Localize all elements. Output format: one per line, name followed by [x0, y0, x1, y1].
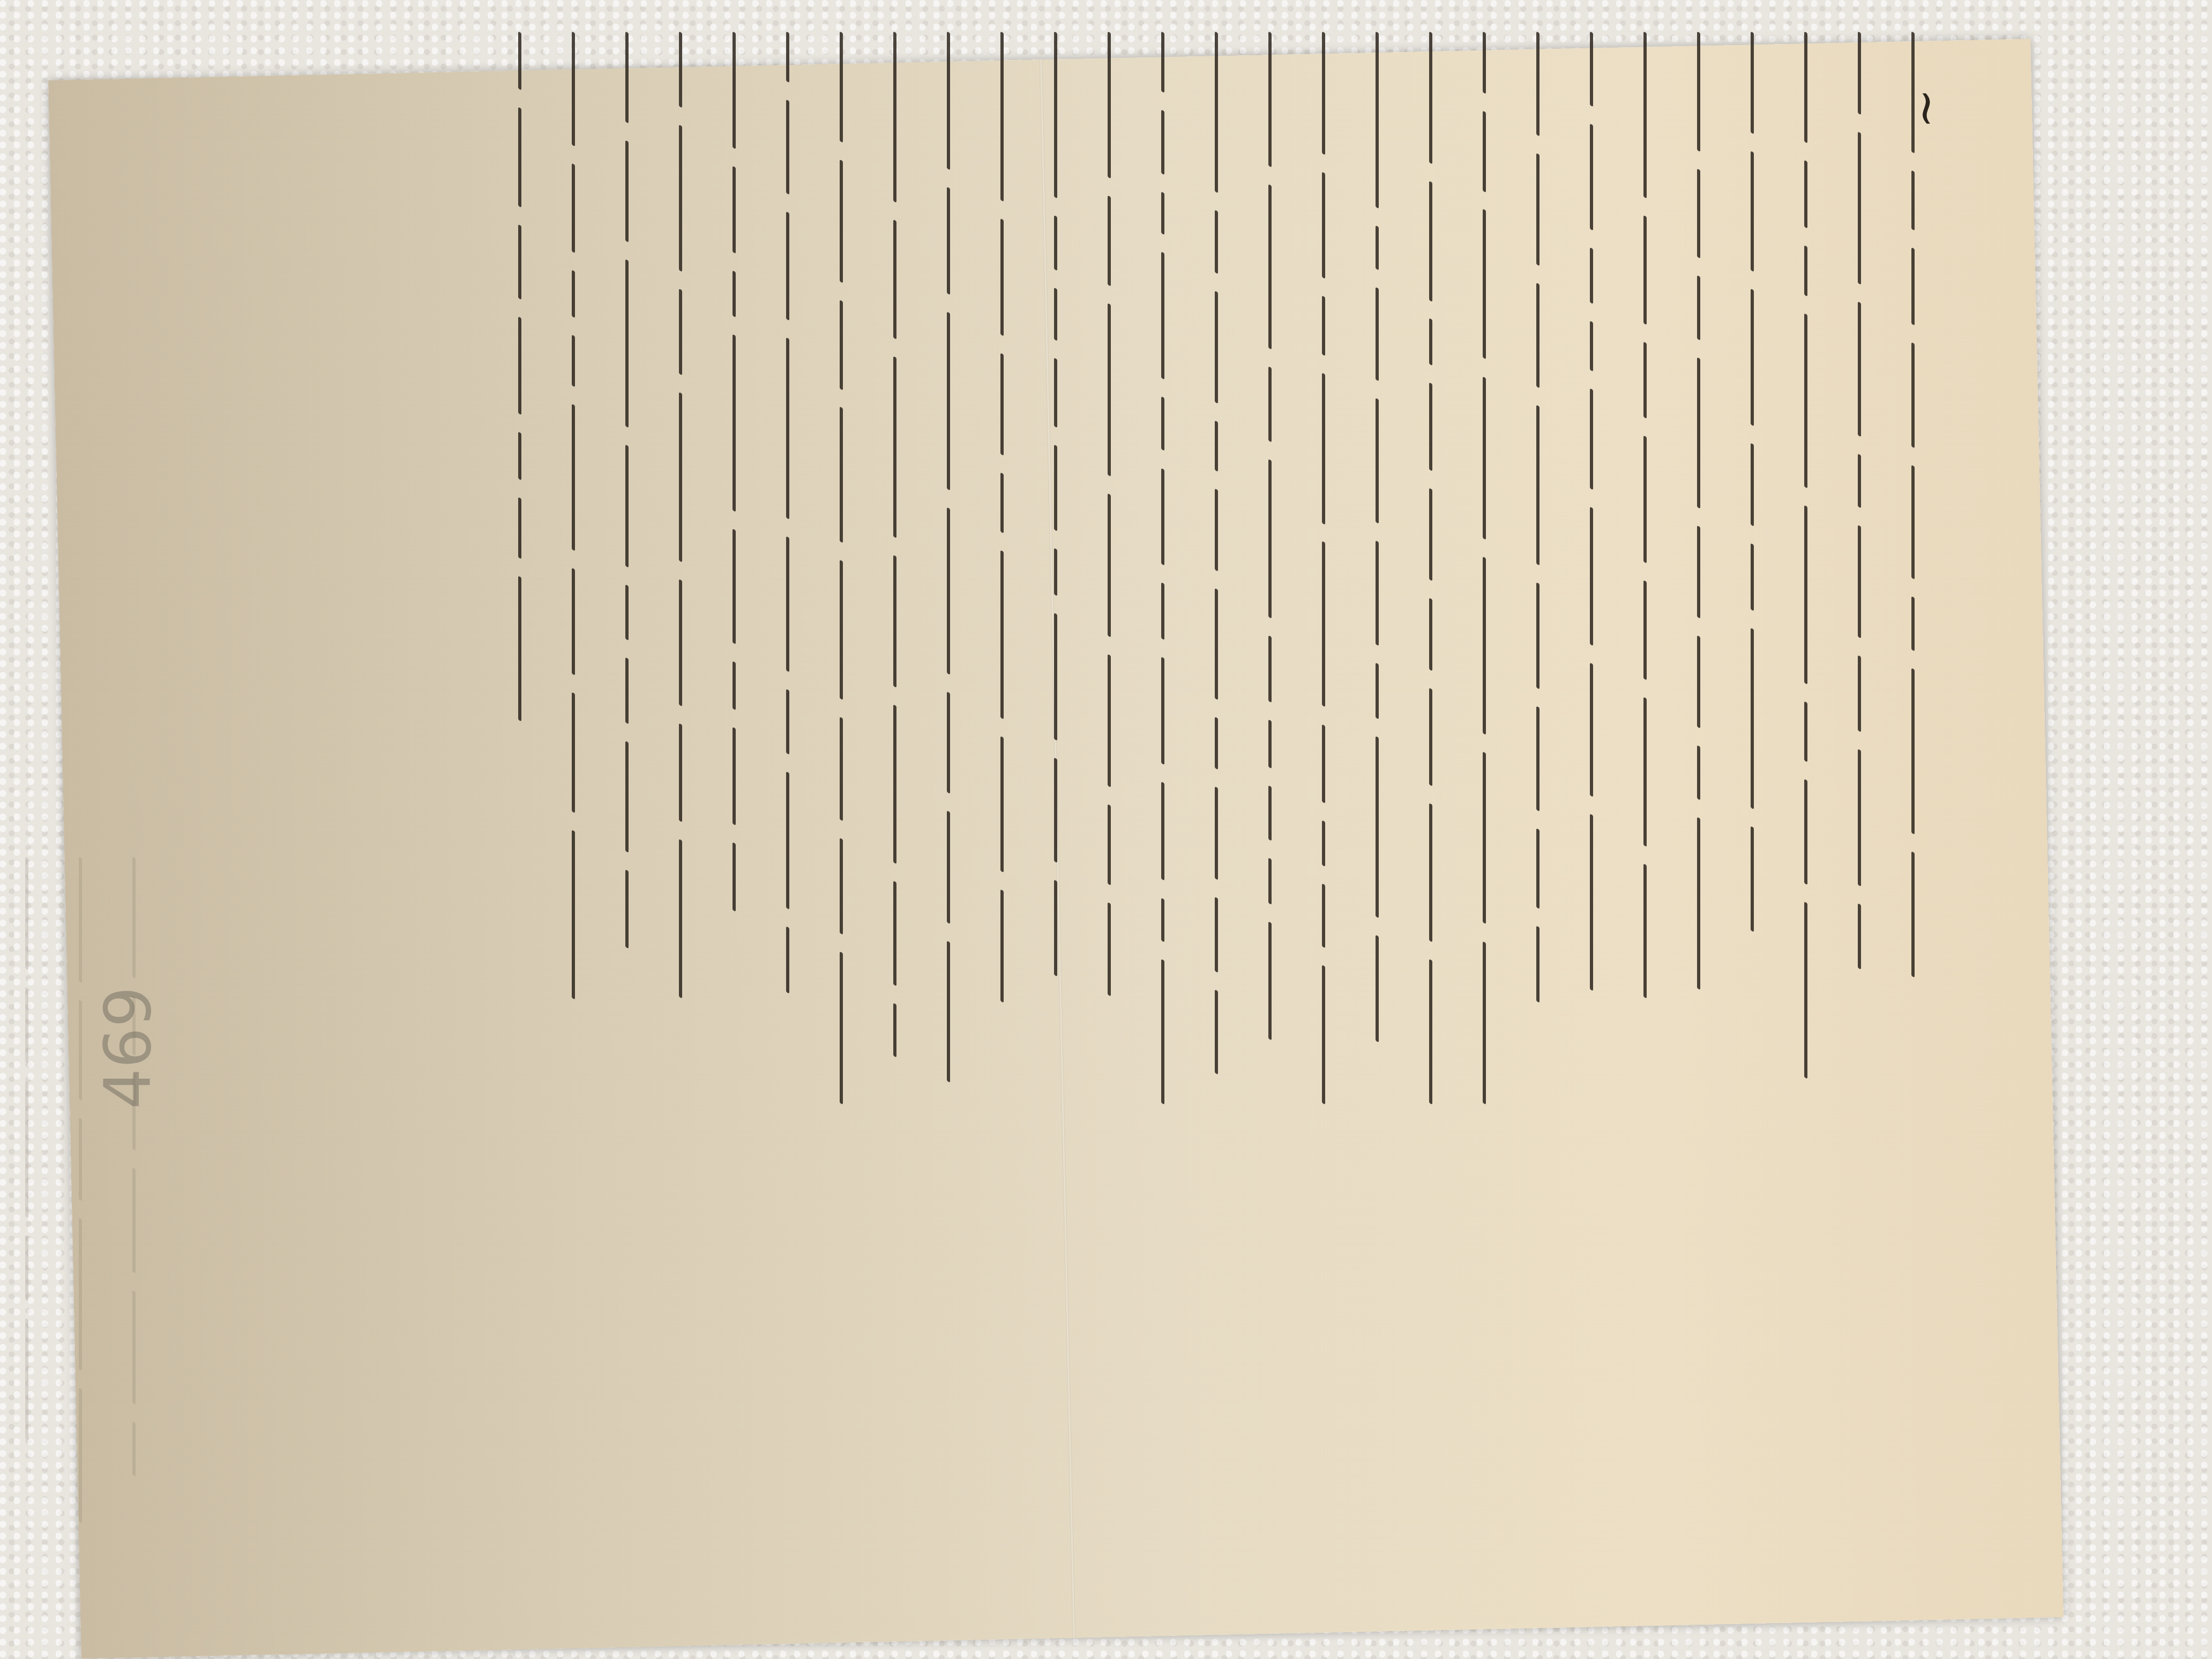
handwritten-word	[132, 996, 136, 1056]
handwritten-line	[1511, 32, 1565, 1104]
handwritten-word	[1643, 342, 1647, 419]
handwritten-word	[1590, 32, 1593, 107]
handwritten-line	[1243, 32, 1297, 1104]
handwritten-word	[1000, 473, 1004, 534]
handwritten-word	[1643, 580, 1647, 681]
handwritten-word	[1483, 32, 1486, 94]
handwritten-word	[1483, 110, 1486, 192]
handwritten-word	[1161, 252, 1164, 380]
handwritten-word	[1429, 181, 1432, 302]
handwritten-word	[1643, 436, 1647, 564]
handwritten-word	[1376, 541, 1379, 646]
handwritten-line	[1779, 32, 1833, 1104]
handwritten-word	[518, 32, 521, 91]
handwritten-word	[1215, 32, 1218, 193]
handwritten-word	[132, 1422, 136, 1477]
handwritten-line	[922, 32, 975, 1104]
handwritten-word	[1911, 851, 1915, 978]
handwritten-line	[707, 32, 761, 1104]
handwritten-word	[518, 317, 521, 415]
handwritten-word	[1268, 858, 1272, 905]
handwritten-word	[625, 741, 629, 853]
handwritten-word	[1536, 405, 1540, 566]
handwritten-line	[1350, 32, 1404, 1104]
handwritten-word	[679, 392, 682, 563]
handwritten-word	[1911, 248, 1915, 326]
handwritten-word	[1429, 597, 1432, 671]
handwritten-word	[572, 692, 575, 813]
handwritten-word	[625, 445, 629, 568]
handwritten-word	[625, 32, 629, 124]
handwritten-word	[1536, 828, 1540, 909]
handwritten-word	[1590, 124, 1593, 231]
handwritten-text-block	[493, 32, 1940, 1104]
handwritten-word	[1858, 302, 1861, 437]
handwritten-line	[1618, 32, 1672, 1104]
handwritten-word	[893, 220, 896, 340]
handwritten-word	[733, 661, 736, 711]
handwritten-word	[1161, 898, 1164, 942]
handwritten-word	[79, 1118, 82, 1201]
handwritten-word	[733, 529, 736, 645]
handwritten-word	[1054, 358, 1057, 428]
handwritten-word	[1000, 550, 1004, 720]
handwritten-line	[1082, 32, 1136, 1104]
handwritten-word	[1054, 548, 1057, 596]
handwritten-word	[1429, 382, 1432, 471]
handwritten-word	[1268, 720, 1272, 769]
handwritten-word	[1751, 32, 1754, 134]
handwritten-word	[1054, 215, 1057, 271]
handwritten-word	[1804, 160, 1807, 229]
handwritten-word	[1000, 32, 1004, 202]
handwritten-word	[1215, 291, 1218, 404]
handwritten-word	[1215, 717, 1218, 770]
handwritten-line	[1458, 32, 1511, 1104]
handwritten-word	[1268, 184, 1272, 350]
handwritten-word	[1161, 582, 1164, 640]
handwritten-word	[1161, 192, 1164, 235]
handwritten-word	[1000, 353, 1004, 456]
handwritten-word	[1215, 990, 1218, 1075]
handwritten-word	[1054, 32, 1057, 199]
handwritten-word	[1429, 688, 1432, 787]
handwritten-word	[947, 811, 950, 924]
handwritten-word	[1536, 926, 1540, 1003]
handwritten-word	[572, 568, 575, 676]
handwritten-word	[1376, 935, 1379, 1043]
handwritten-word	[1429, 959, 1432, 1104]
handwritten-word	[1804, 32, 1807, 144]
handwritten-line	[1297, 32, 1350, 1104]
handwritten-word	[1804, 779, 1807, 885]
handwritten-word	[1215, 897, 1218, 973]
signature: ~	[1900, 88, 1956, 129]
handwritten-word	[893, 705, 896, 864]
handwritten-word	[1054, 880, 1057, 977]
handwritten-word	[679, 839, 682, 999]
handwritten-word	[1268, 786, 1272, 841]
handwritten-word	[1697, 817, 1700, 990]
handwritten-word	[1804, 701, 1807, 763]
handwritten-word	[1108, 303, 1111, 477]
handwritten-word	[1911, 170, 1915, 231]
handwritten-word	[1376, 663, 1379, 720]
handwritten-word	[1429, 488, 1432, 581]
handwritten-word	[25, 1318, 28, 1440]
handwritten-word	[1697, 32, 1700, 152]
handwritten-word	[733, 842, 736, 912]
handwritten-word	[733, 727, 736, 826]
handwritten-line	[1565, 32, 1618, 1104]
handwritten-word	[840, 716, 843, 821]
handwritten-word	[79, 1218, 82, 1371]
handwritten-word	[1322, 541, 1325, 707]
handwritten-word	[1054, 758, 1057, 863]
handwritten-line	[54, 857, 107, 1554]
handwritten-word	[79, 857, 82, 983]
handwritten-word	[518, 497, 521, 559]
handwritten-word	[1858, 454, 1861, 509]
handwritten-word	[679, 289, 682, 376]
handwritten-line	[107, 857, 161, 1554]
handwritten-word	[1804, 313, 1807, 489]
handwritten-word	[1751, 443, 1754, 527]
handwritten-line	[600, 32, 654, 1104]
handwritten-word	[25, 987, 28, 1064]
handwritten-word	[893, 32, 896, 203]
handwritten-word	[786, 689, 789, 755]
handwritten-word	[1054, 445, 1057, 532]
handwritten-word	[1697, 169, 1700, 259]
handwritten-word	[1429, 803, 1432, 942]
handwritten-word	[1804, 245, 1807, 297]
handwritten-word	[1643, 215, 1647, 325]
handwritten-word	[1215, 787, 1218, 880]
handwritten-word	[518, 432, 521, 481]
handwritten-word	[893, 356, 896, 539]
handwritten-word	[1536, 706, 1540, 812]
handwritten-word	[1590, 663, 1593, 797]
handwritten-word	[1858, 655, 1861, 733]
handwritten-word	[1108, 196, 1111, 287]
handwritten-word	[1054, 613, 1057, 741]
handwritten-word	[733, 334, 736, 512]
handwritten-word	[1751, 628, 1754, 810]
handwritten-word	[132, 1290, 136, 1405]
handwritten-word	[733, 166, 736, 254]
handwritten-word	[1483, 557, 1486, 735]
handwritten-line	[1404, 32, 1458, 1104]
handwritten-word	[1911, 668, 1915, 835]
handwritten-word	[1376, 226, 1379, 271]
handwritten-word	[518, 107, 521, 208]
handwritten-word	[1268, 459, 1272, 619]
handwritten-line	[1725, 32, 1779, 1104]
handwritten-word	[679, 32, 682, 108]
handwritten-word	[679, 125, 682, 272]
handwritten-word	[132, 1073, 136, 1151]
handwritten-word	[1322, 372, 1325, 524]
handwritten-word	[572, 270, 575, 318]
handwritten-word	[1268, 636, 1272, 703]
handwritten-word	[840, 160, 843, 283]
handwritten-word	[840, 838, 843, 935]
handwritten-word	[1322, 171, 1325, 279]
handwritten-word	[786, 100, 789, 195]
handwritten-line	[868, 32, 922, 1104]
handwritten-word	[1322, 820, 1325, 866]
handwritten-line	[493, 32, 547, 1104]
handwritten-word	[25, 1235, 28, 1302]
handwritten-word	[1804, 505, 1807, 685]
handwritten-line	[547, 32, 600, 1104]
handwritten-word	[1483, 376, 1486, 540]
handwritten-word	[1108, 902, 1111, 997]
handwritten-word	[1000, 736, 1004, 873]
handwritten-word	[1108, 804, 1111, 886]
handwritten-word	[1268, 32, 1272, 168]
handwritten-word	[1911, 342, 1915, 449]
handwritten-word	[625, 657, 629, 724]
handwritten-word	[786, 926, 789, 994]
handwritten-word	[1322, 32, 1325, 155]
handwritten-line	[814, 32, 868, 1104]
handwritten-word	[893, 881, 896, 987]
handwritten-word	[572, 163, 575, 253]
handwritten-word	[1376, 32, 1379, 209]
handwritten-word	[1697, 745, 1700, 801]
handwritten-word	[1215, 489, 1218, 572]
handwritten-word	[132, 1168, 136, 1274]
handwritten-line	[654, 32, 707, 1104]
handwritten-word	[1590, 507, 1593, 646]
handwritten-line	[1886, 32, 1940, 1104]
handwritten-word	[947, 507, 950, 675]
handwritten-word	[1697, 636, 1700, 729]
handwritten-word	[1858, 32, 1861, 115]
handwritten-word	[1590, 388, 1593, 490]
handwritten-word	[1161, 397, 1164, 451]
handwritten-word	[1000, 219, 1004, 337]
handwritten-word	[786, 536, 789, 672]
handwritten-word	[840, 32, 843, 143]
handwritten-word	[1590, 814, 1593, 991]
handwritten-word	[518, 576, 521, 722]
handwritten-line	[761, 32, 814, 1104]
handwritten-word	[1858, 749, 1861, 887]
handwritten-word	[1751, 826, 1754, 932]
handwritten-word	[1268, 367, 1272, 443]
handwritten-word	[625, 140, 629, 243]
handwritten-word	[1322, 295, 1325, 356]
handwritten-word	[1322, 724, 1325, 803]
handwritten-word	[733, 32, 736, 150]
handwritten-word	[947, 941, 950, 1083]
handwritten-word	[1536, 283, 1540, 388]
handwritten-word	[1858, 525, 1861, 639]
handwritten-line	[975, 32, 1029, 1104]
handwritten-word	[132, 857, 136, 979]
handwritten-word	[1215, 210, 1218, 274]
handwritten-word	[1429, 318, 1432, 365]
handwritten-word	[1590, 248, 1593, 304]
handwritten-word	[625, 870, 629, 949]
handwritten-word	[786, 338, 789, 520]
handwritten-word	[572, 32, 575, 147]
handwritten-word	[786, 772, 789, 910]
handwritten-word	[79, 1388, 82, 1523]
handwritten-word	[1429, 32, 1432, 164]
handwritten-line	[1672, 32, 1725, 1104]
handwritten-word	[1161, 468, 1164, 565]
handwritten-word	[1108, 654, 1111, 788]
handwritten-word	[1751, 543, 1754, 611]
handwritten-word	[1054, 288, 1057, 341]
handwritten-word	[1911, 596, 1915, 652]
handwritten-word	[1536, 32, 1540, 137]
handwritten-word	[840, 407, 843, 543]
handwritten-word	[1804, 902, 1807, 1079]
handwritten-word	[947, 312, 950, 491]
handwritten-word	[1108, 32, 1111, 179]
bleed-through-text	[0, 857, 161, 1554]
handwritten-word	[25, 1081, 28, 1219]
handwritten-word	[79, 1000, 82, 1101]
handwritten-word	[1858, 132, 1861, 285]
handwritten-word	[840, 952, 843, 1104]
handwritten-word	[25, 857, 28, 970]
handwritten-word	[1697, 526, 1700, 619]
handwritten-word	[679, 579, 682, 707]
handwritten-word	[1483, 209, 1486, 360]
handwritten-word	[1643, 32, 1647, 199]
handwritten-word	[1697, 275, 1700, 341]
handwritten-word	[947, 187, 950, 295]
handwritten-word	[1161, 32, 1164, 93]
handwritten-word	[1322, 884, 1325, 948]
handwritten-word	[840, 559, 843, 700]
handwritten-word	[1108, 494, 1111, 638]
handwritten-line	[0, 857, 54, 1554]
handwritten-word	[1483, 941, 1486, 1104]
handwritten-word	[572, 404, 575, 551]
handwritten-word	[1376, 736, 1379, 918]
handwritten-word	[893, 1003, 896, 1058]
handwritten-word	[840, 300, 843, 390]
handwritten-line	[1029, 32, 1082, 1104]
handwritten-word	[572, 830, 575, 1000]
handwritten-word	[733, 271, 736, 318]
handwritten-line	[1136, 32, 1190, 1104]
handwritten-word	[1161, 959, 1164, 1104]
handwritten-word	[1483, 752, 1486, 924]
handwritten-word	[786, 212, 789, 321]
handwritten-word	[625, 259, 629, 428]
handwritten-word	[1697, 357, 1700, 509]
handwritten-word	[1536, 153, 1540, 266]
handwritten-word	[1322, 965, 1325, 1105]
handwritten-word	[1215, 421, 1218, 472]
handwritten-line	[1833, 32, 1886, 1104]
handwritten-word	[1215, 588, 1218, 700]
handwritten-word	[1643, 697, 1647, 847]
handwritten-word	[679, 723, 682, 823]
handwritten-word	[518, 225, 521, 300]
handwritten-word	[1161, 110, 1164, 175]
handwritten-word	[625, 585, 629, 641]
handwritten-word	[1376, 398, 1379, 524]
handwritten-word	[1376, 287, 1379, 382]
handwritten-word	[1000, 890, 1004, 1003]
handwritten-word	[1751, 289, 1754, 427]
handwritten-word	[1161, 782, 1164, 881]
handwritten-line	[1190, 32, 1243, 1104]
handwritten-word	[786, 32, 789, 83]
handwritten-word	[1751, 151, 1754, 272]
handwritten-word	[572, 335, 575, 387]
handwritten-word	[1858, 903, 1861, 970]
handwritten-word	[1268, 922, 1272, 1041]
handwritten-word	[1911, 465, 1915, 580]
handwritten-word	[893, 555, 896, 688]
handwritten-word	[1161, 657, 1164, 765]
handwritten-word	[947, 32, 950, 170]
handwritten-word	[1536, 582, 1540, 690]
handwritten-word	[1643, 864, 1647, 999]
handwritten-word	[947, 692, 950, 794]
handwritten-word	[1590, 321, 1593, 372]
